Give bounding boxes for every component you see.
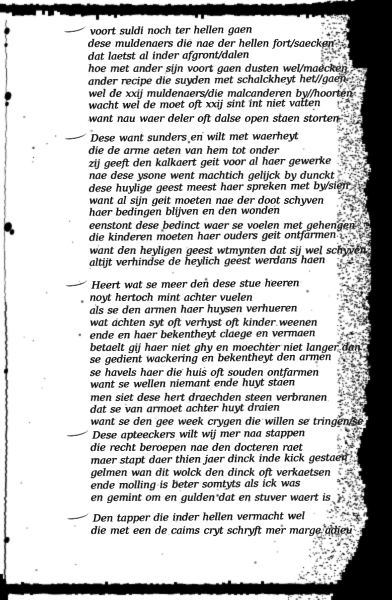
manuscript-line: Dese want sunders en wilt met waerheyt [65, 130, 389, 146]
scanned-manuscript-page: voort suldi noch ter hellen gaendese mul… [0, 0, 392, 600]
manuscript-line: want se wellen niemant ende huyt staen [90, 376, 390, 392]
manuscript-line: haer bedingen blijven en den wonden [89, 204, 389, 220]
stanza: voort suldi noch ter hellen gaendese mul… [88, 25, 389, 126]
manuscript-line: die kinderen moeten haer ouders geit ont… [89, 229, 389, 245]
manuscript-line: voort suldi noch ter hellen gaen [64, 23, 388, 39]
manuscript-line: se gedient wackering en bekentheyt den a… [90, 351, 390, 367]
manuscript: voort suldi noch ter hellen gaendese mul… [0, 0, 392, 600]
stanza: Den tapper die inder hellen vermacht wel… [91, 512, 391, 539]
manuscript-line: wacht wel de moet oft xxij sint int niet… [88, 97, 388, 113]
manuscript-line: die met een de caims cryt schryft mer ma… [91, 526, 391, 539]
stanza: Heert wat se meer den dese stue heerenno… [89, 279, 390, 430]
manuscript-line: want nau waer deler oft dalse open staen… [88, 113, 388, 126]
manuscript-line: Dese apteeckers wilt wij mer naa stappen [66, 427, 390, 443]
manuscript-line: altijt verhindse de heylich geest werdan… [89, 254, 389, 270]
stanza: Dese apteeckers wilt wij mer naa stappen… [90, 429, 390, 505]
manuscript-line: als se den armen haer huysen verhueren [90, 302, 390, 318]
stanza: Dese want sunders en wilt met waerheytdi… [89, 132, 390, 270]
manuscript-line: zij geeft den kalkaert geit voor al haer… [89, 155, 389, 171]
manuscript-line: Heert wat se meer den dese stue heeren [65, 277, 389, 293]
manuscript-line: dat se van armoet achter huyt draien [90, 401, 390, 417]
manuscript-line: Den tapper die inder hellen vermacht wel [67, 510, 391, 526]
manuscript-line: maer stapt daer thien jaer dinck inde ki… [91, 452, 391, 468]
manuscript-line: dat laetst al inder afgront/dalen [88, 48, 388, 64]
manuscript-line: en gemint om en gulden dat en stuver wae… [91, 492, 391, 505]
